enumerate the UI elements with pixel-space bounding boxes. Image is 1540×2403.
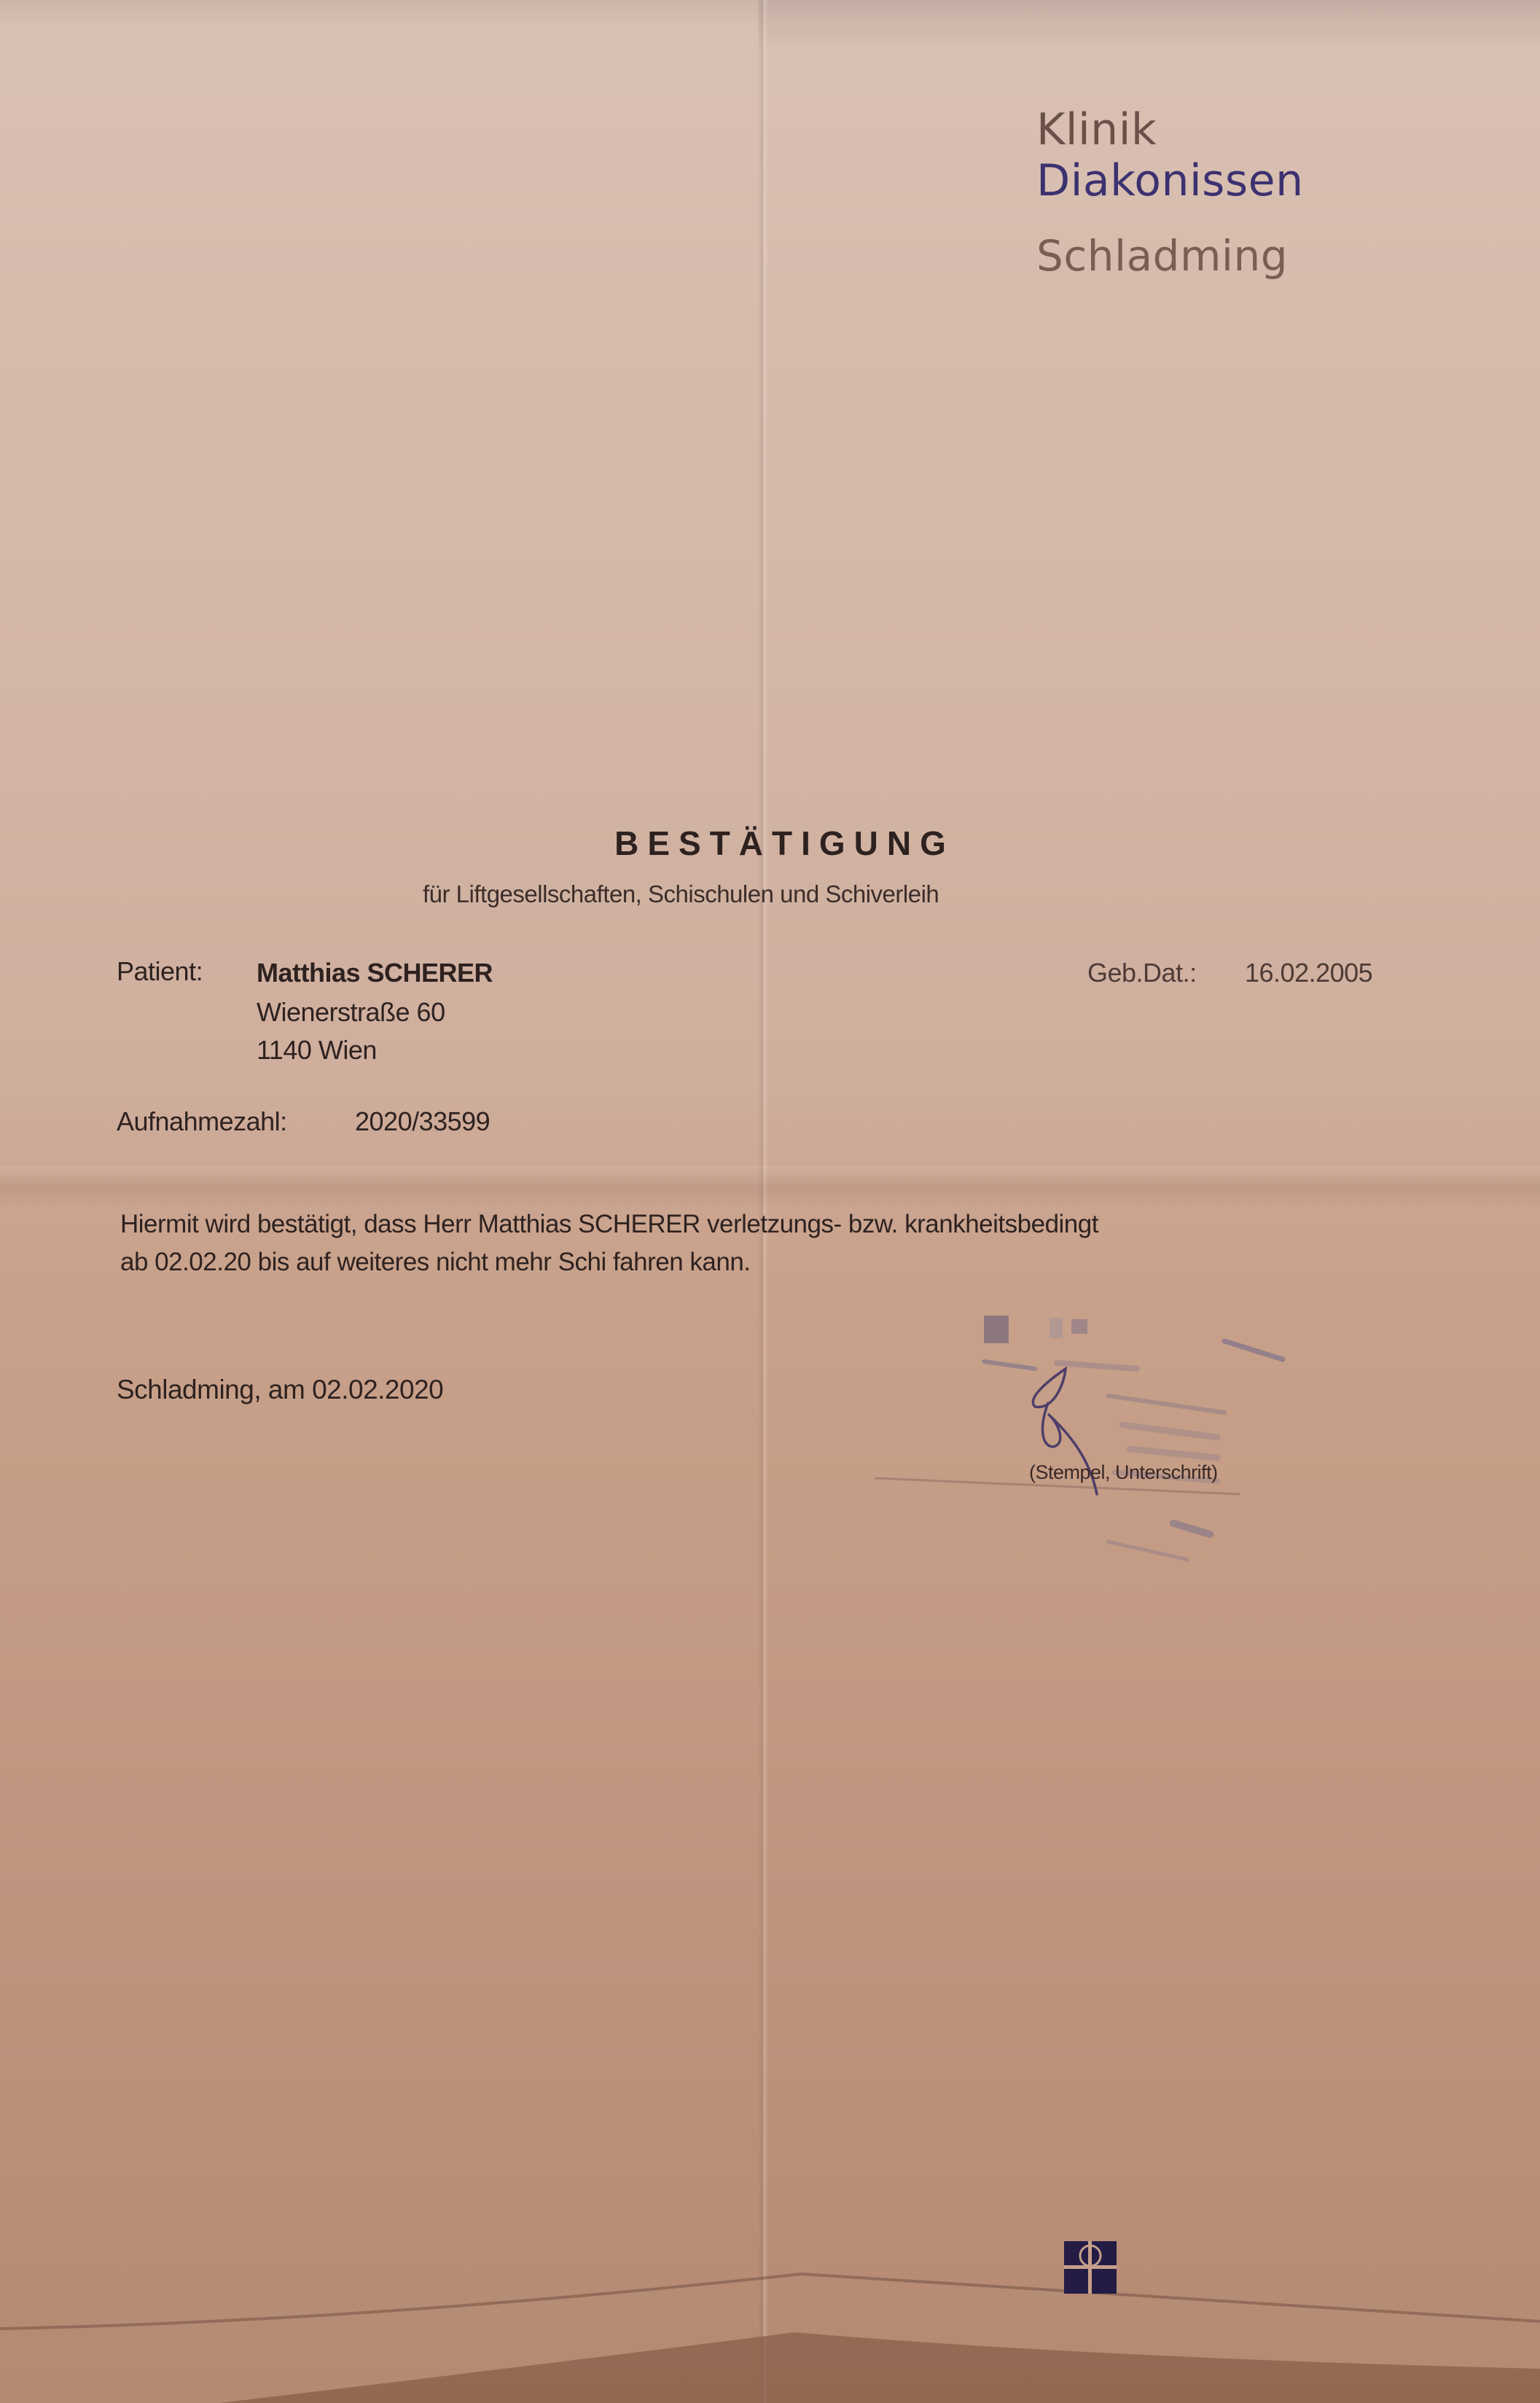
letterhead-city: Schladming	[1036, 235, 1304, 277]
place-and-date: Schladming, am 02.02.2020	[117, 1375, 443, 1405]
birth-date-label: Geb.Dat.:	[1087, 958, 1197, 988]
admission-number: 2020/33599	[355, 1106, 490, 1137]
horizontal-fold	[0, 1166, 1540, 1210]
clinic-stamp-icon	[875, 1283, 1487, 1574]
body-text-line-1: Hiermit wird bestätigt, dass Herr Matthi…	[120, 1210, 1098, 1239]
admission-label: Aufnahmezahl:	[117, 1106, 287, 1137]
bottom-fold-line	[0, 2259, 1540, 2332]
diakonie-cross-logo-icon	[1064, 2241, 1117, 2294]
stamp-caption: (Stempel, Unterschrift)	[1029, 1461, 1218, 1484]
patient-city: 1140 Wien	[257, 1035, 377, 1066]
body-text-line-2: ab 02.02.20 bis auf weiteres nicht mehr …	[120, 1248, 751, 1277]
document-title: BESTÄTIGUNG	[0, 824, 1540, 863]
photo-shadow-top-left	[0, 0, 758, 29]
patient-name: Matthias SCHERER	[257, 958, 493, 988]
photo-shadow-top-right	[758, 0, 1540, 51]
birth-date-value: 16.02.2005	[1245, 958, 1372, 988]
letterhead-diakonissen: Diakonissen	[1036, 159, 1304, 203]
patient-label: Patient:	[117, 956, 203, 987]
clinic-letterhead: Klinik Diakonissen Schladming	[1036, 108, 1304, 277]
page-bottom-edge	[0, 2325, 1540, 2403]
document-subtitle: für Liftgesellschaften, Schischulen und …	[423, 880, 939, 908]
letterhead-klinik: Klinik	[1036, 108, 1304, 152]
patient-street: Wienerstraße 60	[257, 997, 445, 1028]
